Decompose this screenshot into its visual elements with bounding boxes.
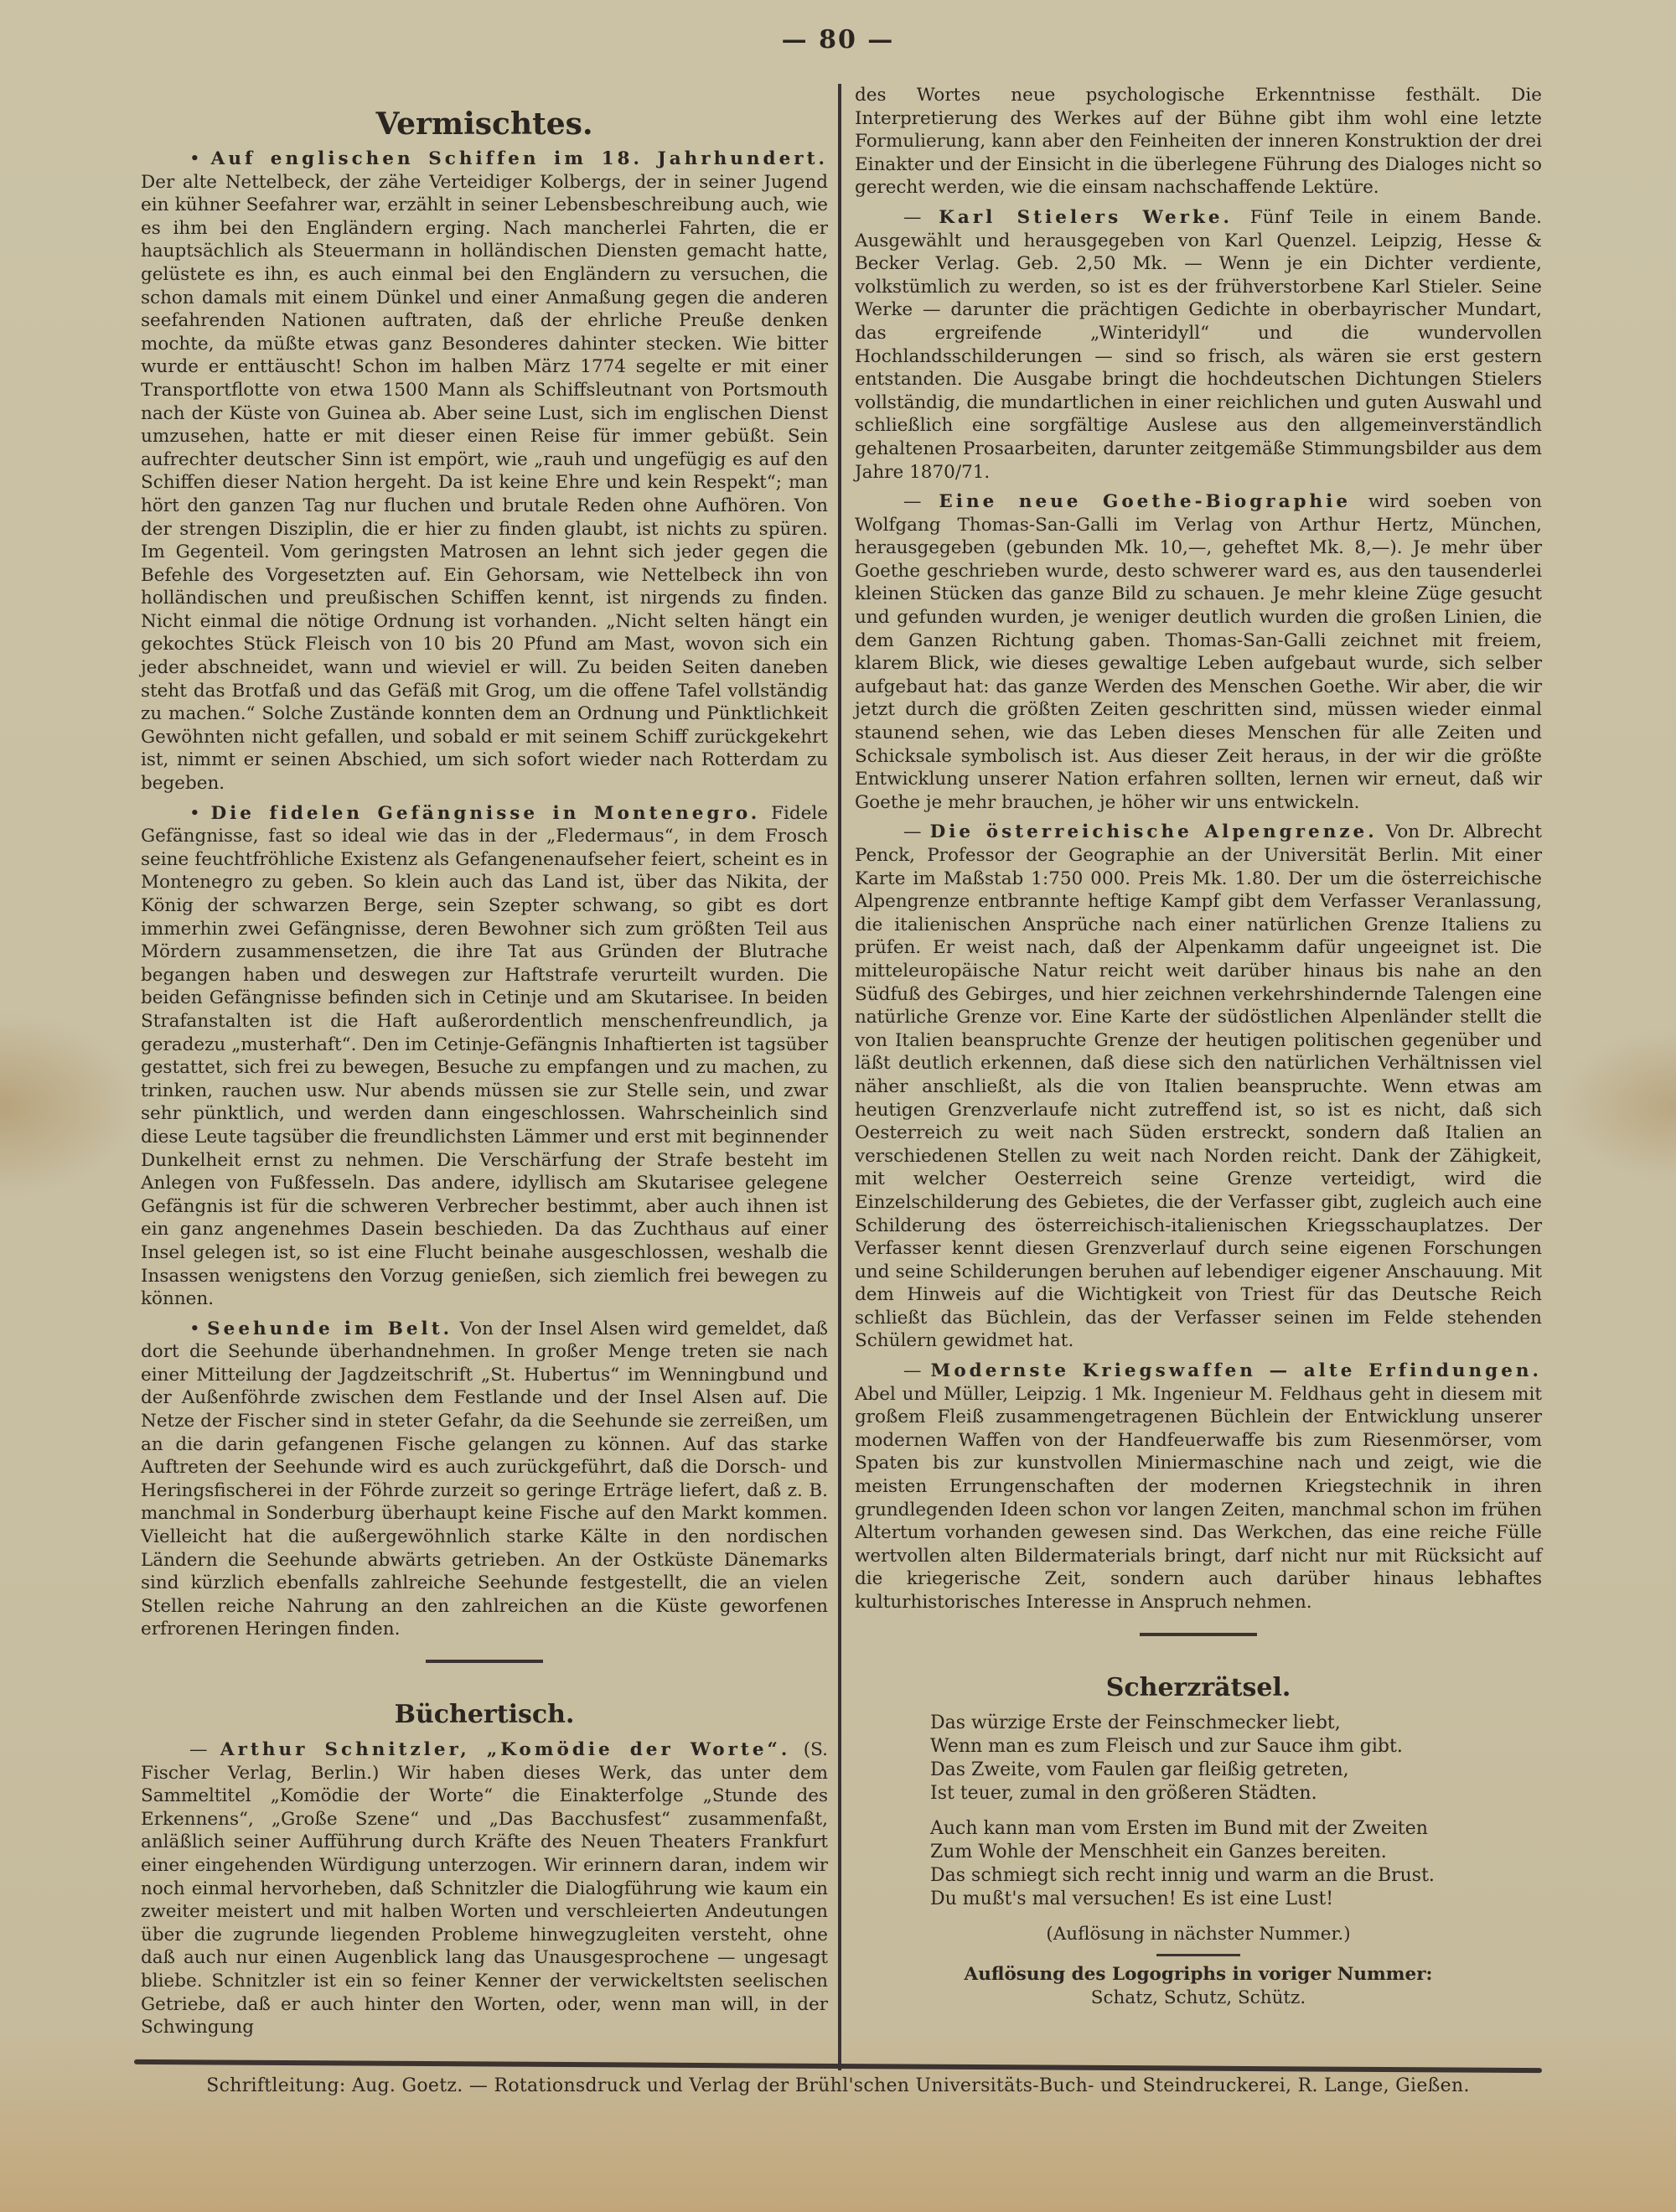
review-kriegswaffen: — Modernste Kriegswaffen — alte Erfindun… xyxy=(855,1360,1542,1614)
review-schnitzler: — Arthur Schnitzler, „Komödie der Worte“… xyxy=(141,1738,828,2039)
article-body: Von der Insel Alsen wird gemeldet, daß d… xyxy=(141,1318,828,1640)
dash: — xyxy=(903,491,922,512)
column-divider xyxy=(838,84,841,2070)
section-title-vermischtes: Vermischtes. xyxy=(141,106,828,142)
dash: — xyxy=(903,821,922,842)
footer-imprint: Schriftleitung: Aug. Goetz. — Rotationsd… xyxy=(142,2075,1534,2096)
review-body: (S. Fischer Verlag, Berlin.) Wir haben d… xyxy=(141,1739,828,2038)
section-divider xyxy=(426,1660,543,1663)
article-headline: Seehunde im Belt. xyxy=(207,1318,453,1339)
review-body: Von Dr. Albrecht Penck, Professor der Ge… xyxy=(855,821,1542,1351)
article-seals-belt: • Seehunde im Belt. Von der Insel Alsen … xyxy=(141,1318,828,1641)
article-headline: Auf englischen Schiffen im 18. Jahrhunde… xyxy=(211,148,828,169)
review-alpengrenze: — Die österreichische Alpengrenze. Von D… xyxy=(855,821,1542,1353)
section-title-buechertisch: Büchertisch. xyxy=(141,1697,828,1733)
article-body: Der alte Nettelbeck, der zähe Verteidige… xyxy=(141,172,828,794)
right-column: des Wortes neue psychologische Erkenntni… xyxy=(855,84,1542,2009)
riddle-stanza-2: Auch kann man vom Ersten im Bund mit der… xyxy=(930,1817,1542,1911)
article-body: Fidele Gefängnisse, fast so ideal wie da… xyxy=(141,803,828,1309)
bullet-icon: • xyxy=(189,803,200,824)
riddle-solution-heading: Auflösung des Logogriphs in voriger Numm… xyxy=(855,1963,1542,1987)
poem-line: Auch kann man vom Ersten im Bund mit der… xyxy=(930,1817,1542,1841)
poem-line: Wenn man es zum Fleisch und zur Sauce ih… xyxy=(930,1735,1542,1759)
review-body: Fünf Teile in einem Bande. Ausgewählt un… xyxy=(855,207,1542,483)
section-divider xyxy=(1140,1633,1257,1636)
poem-line: Das Zweite, vom Faulen gar fleißig getre… xyxy=(930,1759,1542,1782)
poem-line: Du mußt's mal versuchen! Es ist eine Lus… xyxy=(930,1888,1542,1911)
riddle-solution: Schatz, Schutz, Schütz. xyxy=(855,1987,1542,2010)
review-goethe-biography: — Eine neue Goethe-Biographie wird soebe… xyxy=(855,490,1542,814)
dash: — xyxy=(903,1360,922,1381)
review-headline: Modernste Kriegswaffen — alte Erfindunge… xyxy=(931,1360,1542,1381)
riddle-stanza-1: Das würzige Erste der Feinschmecker lieb… xyxy=(930,1712,1542,1805)
poem-line: Ist teuer, zumal in den größeren Städten… xyxy=(930,1782,1542,1805)
bullet-icon: • xyxy=(189,148,200,169)
review-schnitzler-continuation: des Wortes neue psychologische Erkenntni… xyxy=(855,84,1542,199)
riddle-divider xyxy=(1156,1954,1240,1956)
review-stieler: — Karl Stielers Werke. Fünf Teile in ein… xyxy=(855,206,1542,484)
riddle-poem: Das würzige Erste der Feinschmecker lieb… xyxy=(855,1712,1542,1911)
review-body: Abel und Müller, Leipzig. 1 Mk. Ingenieu… xyxy=(855,1384,1542,1613)
dash: — xyxy=(189,1739,208,1760)
article-english-ships: • Auf englischen Schiffen im 18. Jahrhun… xyxy=(141,148,828,795)
riddle-note: (Auflösung in nächster Nummer.) xyxy=(855,1923,1542,1946)
left-column: Vermischtes. • Auf englischen Schiffen i… xyxy=(141,84,828,2046)
review-headline: Die österreichische Alpengrenze. xyxy=(930,821,1378,842)
article-headline: Die fidelen Gefängnisse in Montenegro. xyxy=(211,803,761,824)
review-headline: Karl Stielers Werke. xyxy=(939,207,1233,228)
poem-line: Zum Wohle der Menschheit ein Ganzes bere… xyxy=(930,1841,1542,1864)
article-montenegro-prisons: • Die fidelen Gefängnisse in Montenegro.… xyxy=(141,802,828,1311)
review-headline: Arthur Schnitzler, „Komödie der Worte“. xyxy=(220,1739,790,1760)
page-number: — 80 — xyxy=(0,25,1676,54)
bullet-icon: • xyxy=(189,1318,200,1339)
poem-line: Das würzige Erste der Feinschmecker lieb… xyxy=(930,1712,1542,1735)
riddle-title: Scherzrätsel. xyxy=(855,1670,1542,1707)
review-headline: Eine neue Goethe-Biographie xyxy=(939,491,1351,512)
dash: — xyxy=(903,207,922,228)
poem-line: Das schmiegt sich recht innig und warm a… xyxy=(930,1864,1542,1888)
review-body: wird soeben von Wolfgang Thomas-San-Gall… xyxy=(855,491,1542,813)
